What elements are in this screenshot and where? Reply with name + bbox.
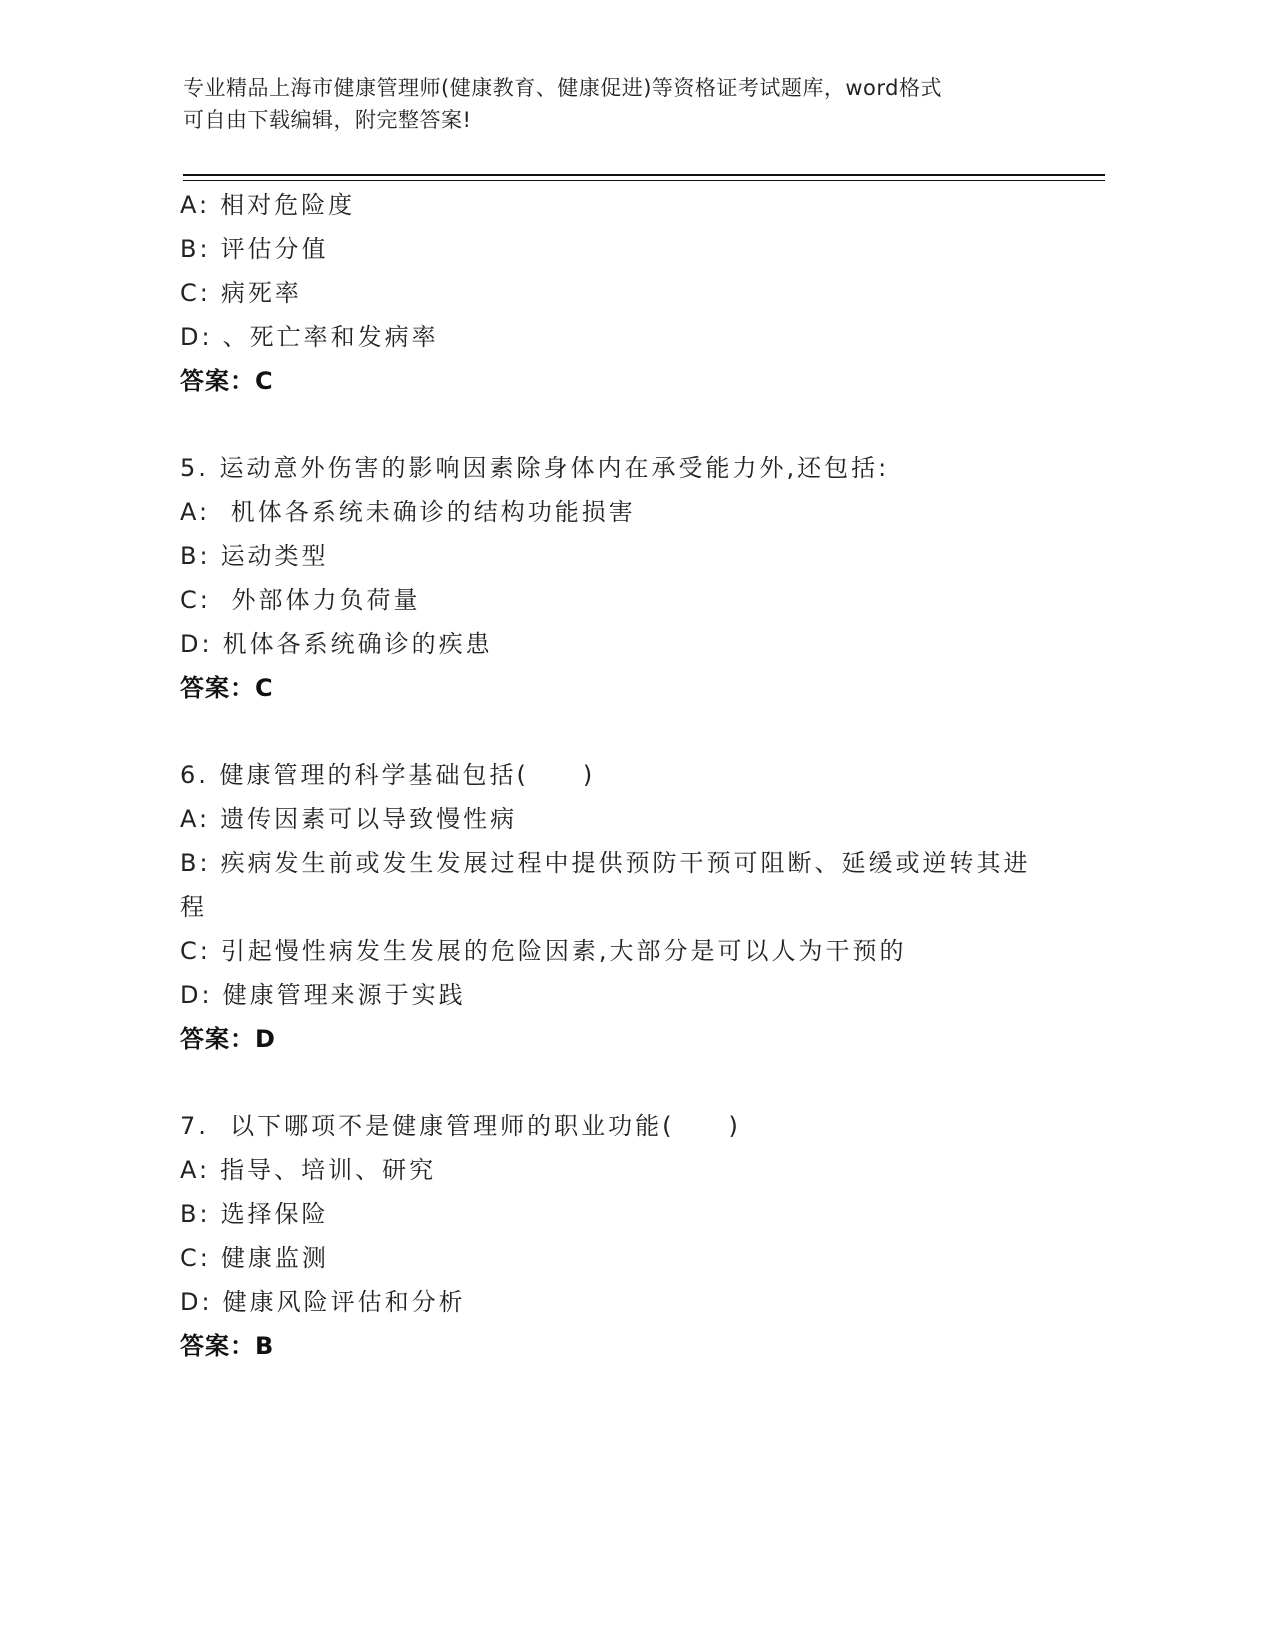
- question-text: 7. 以下哪项不是健康管理师的职业功能( ): [180, 1104, 1080, 1148]
- option-a: A: 机体各系统未确诊的结构功能损害: [180, 490, 1080, 534]
- option-d: D:健康风险评估和分析: [180, 1280, 1080, 1324]
- option-a: A:相对危险度: [180, 183, 1080, 227]
- answer: 答案：B: [180, 1324, 1080, 1368]
- answer: 答案：C: [180, 666, 1080, 710]
- question-list: A:相对危险度 B:评估分值 C:病死率 D:、死亡率和发病率 答案：C 5. …: [180, 183, 1080, 1368]
- question-text: 5. 运动意外伤害的影响因素除身体内在承受能力外,还包括:: [180, 446, 1080, 490]
- option-c: C: 外部体力负荷量: [180, 578, 1080, 622]
- question-6: 6. 健康管理的科学基础包括( ) A:遗传因素可以导致慢性病 B:疾病发生前或…: [180, 753, 1080, 1061]
- option-c: C:健康监测: [180, 1236, 1080, 1280]
- option-a: A:遗传因素可以导致慢性病: [180, 797, 1080, 841]
- option-b: B:选择保险: [180, 1192, 1080, 1236]
- answer: 答案：C: [180, 359, 1080, 403]
- question-7: 7. 以下哪项不是健康管理师的职业功能( ) A:指导、培训、研究 B:选择保险…: [180, 1104, 1080, 1368]
- option-b: B:评估分值: [180, 227, 1080, 271]
- header-divider-thin: [183, 180, 1105, 181]
- option-a: A:指导、培训、研究: [180, 1148, 1080, 1192]
- option-b: B:运动类型: [180, 534, 1080, 578]
- answer: 答案：D: [180, 1017, 1080, 1061]
- option-c: C:病死率: [180, 271, 1080, 315]
- option-b: B:疾病发生前或发生发展过程中提供预防干预可阻断、延缓或逆转其进程: [180, 841, 1040, 929]
- option-c: C:引起慢性病发生发展的危险因素,大部分是可以人为干预的: [180, 929, 1080, 973]
- question-text: 6. 健康管理的科学基础包括( ): [180, 753, 1080, 797]
- question-5: 5. 运动意外伤害的影响因素除身体内在承受能力外,还包括: A: 机体各系统未确…: [180, 446, 1080, 710]
- question-4: A:相对危险度 B:评估分值 C:病死率 D:、死亡率和发病率 答案：C: [180, 183, 1080, 403]
- option-d: D:机体各系统确诊的疾患: [180, 622, 1080, 666]
- header-divider-thick: [183, 174, 1105, 176]
- header-line-1: 专业精品上海市健康管理师(健康教育、健康促进)等资格证考试题库，word格式: [183, 72, 1063, 104]
- option-d: D:、死亡率和发病率: [180, 315, 1080, 359]
- document-header: 专业精品上海市健康管理师(健康教育、健康促进)等资格证考试题库，word格式 可…: [183, 72, 1063, 136]
- option-d: D:健康管理来源于实践: [180, 973, 1080, 1017]
- header-line-2: 可自由下载编辑，附完整答案!: [183, 104, 1063, 136]
